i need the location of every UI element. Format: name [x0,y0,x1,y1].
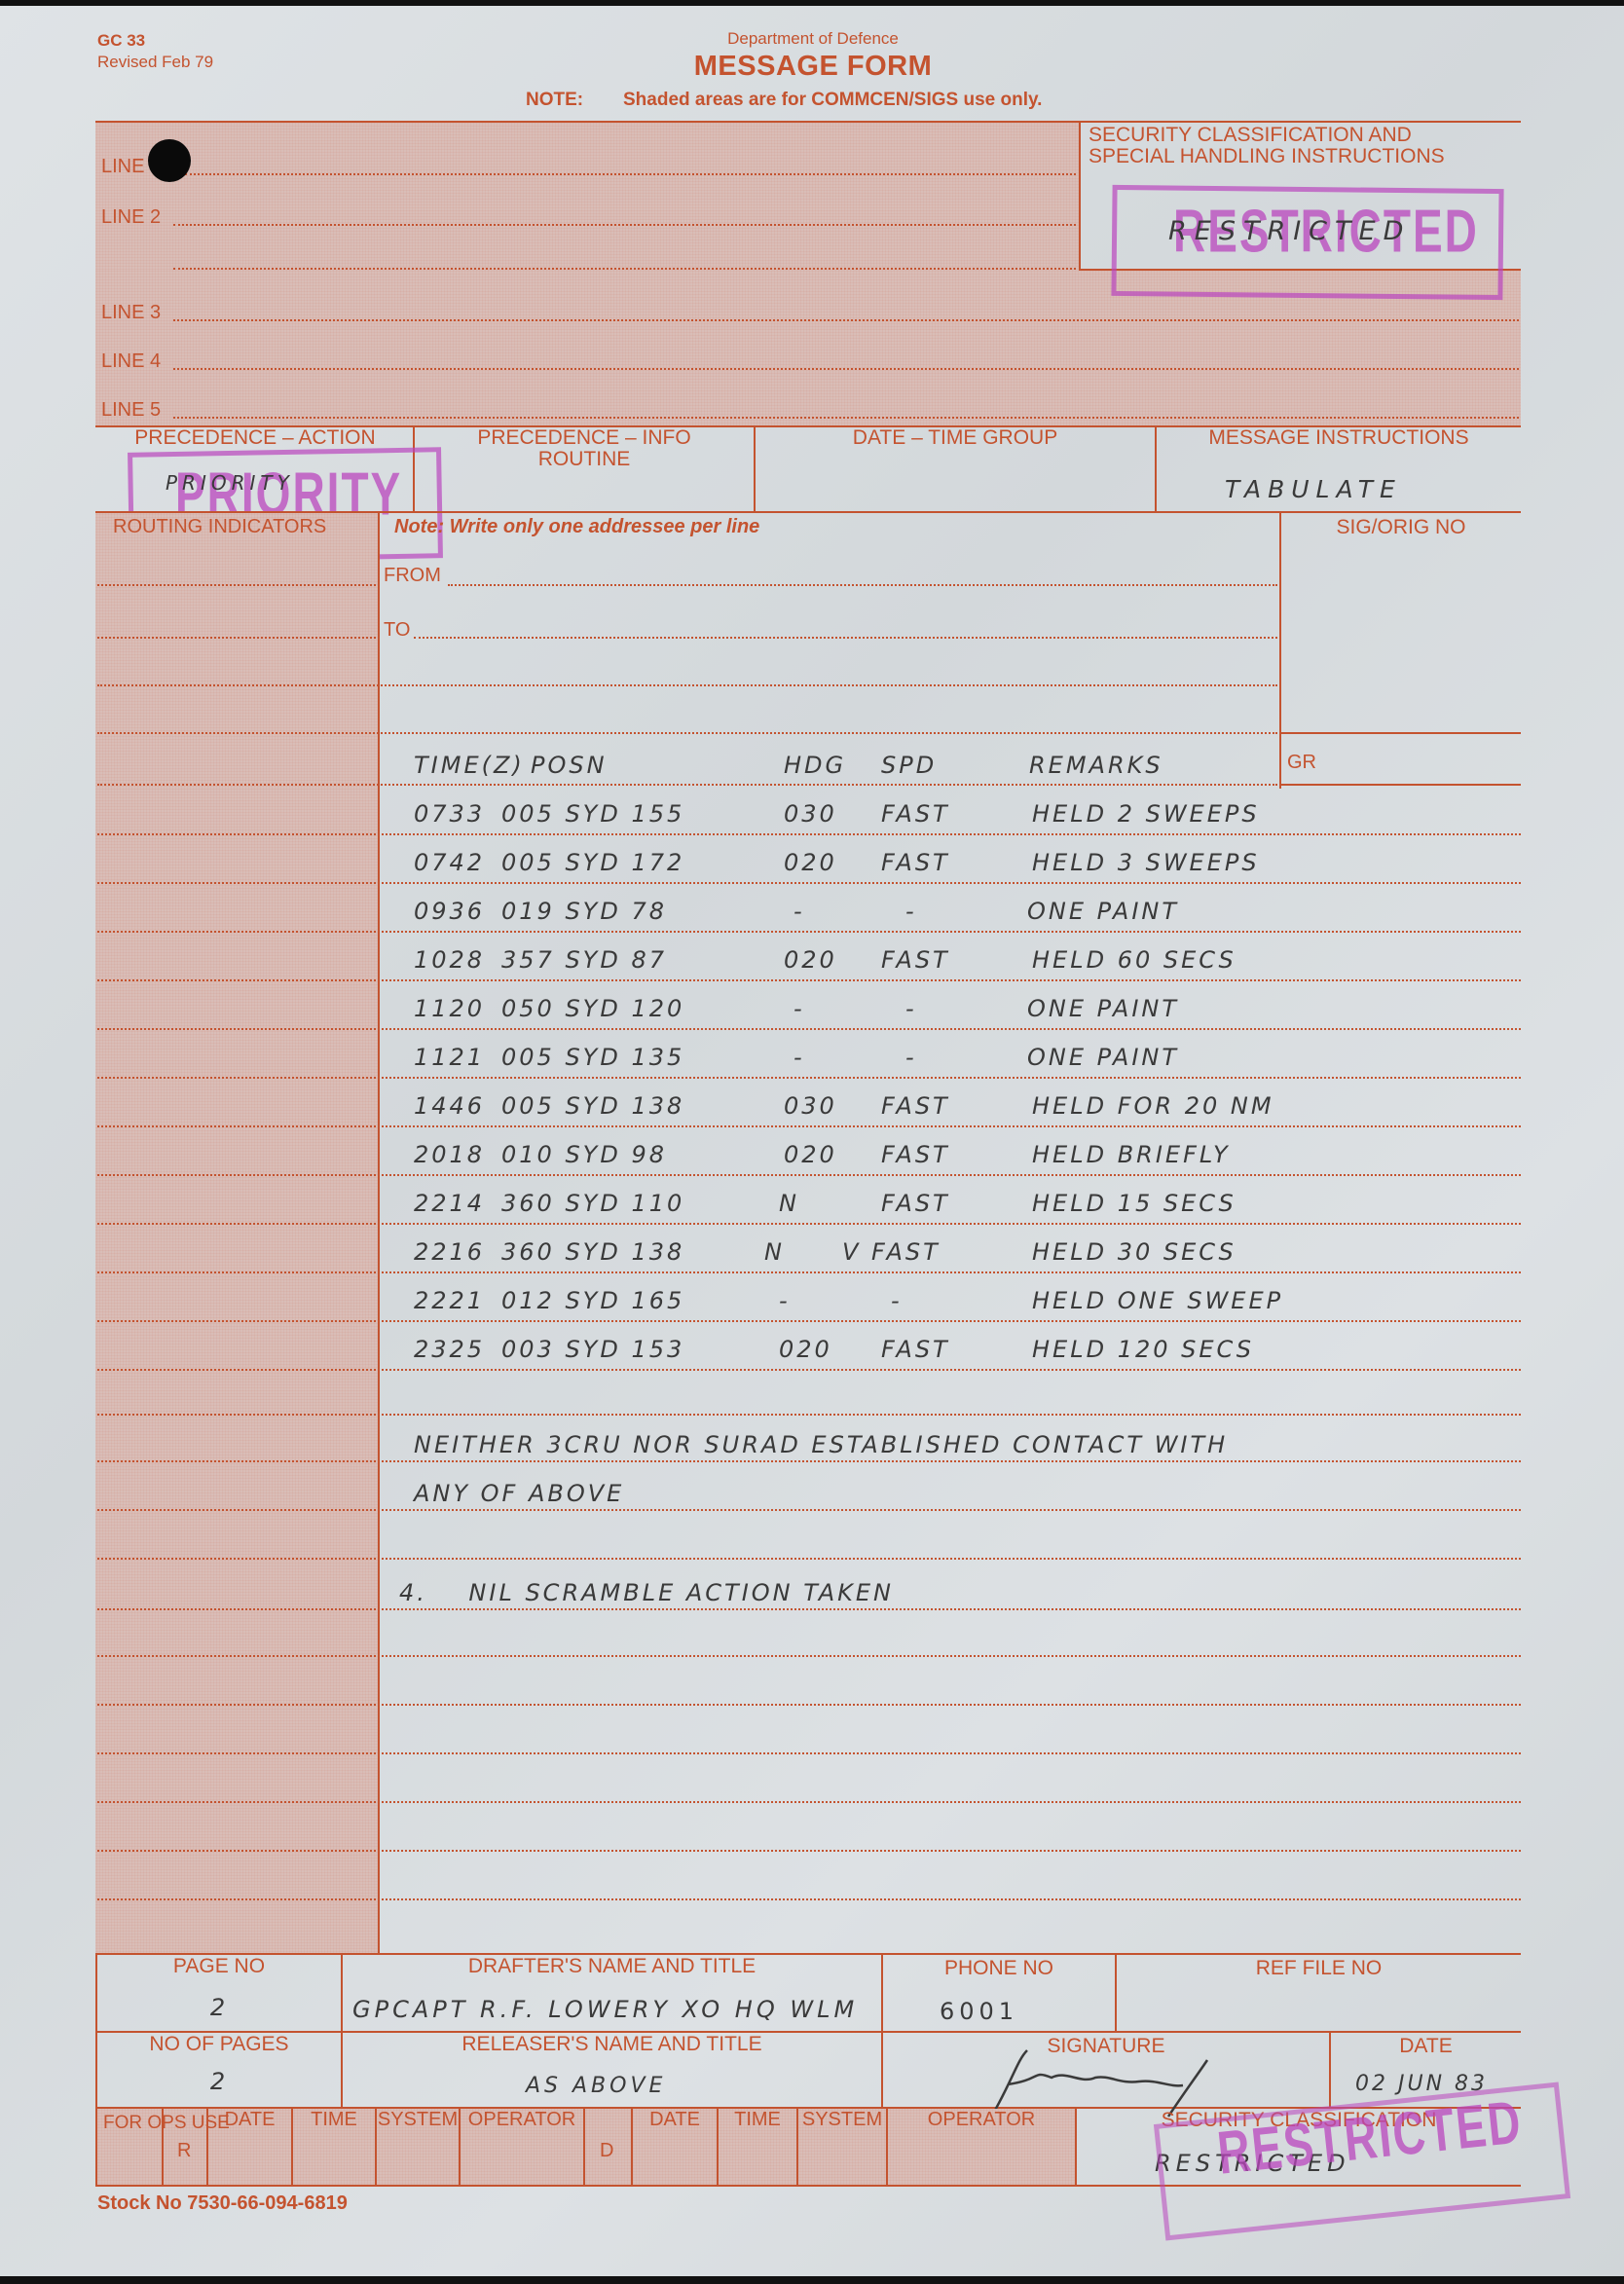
phone-no-value[interactable]: 6001 [940,1998,1018,2025]
from-label: FROM [384,565,441,587]
ops-d-system-label: SYSTEM [798,2109,886,2131]
to-label: TO [384,619,410,642]
to-field[interactable] [414,637,1277,639]
table-row: 1121 005 SYD 135 - - ONE PAINT [394,1044,1368,1083]
col-spd: SPD [881,752,937,779]
ref-file-no-field[interactable] [1117,1986,1521,2029]
col-remarks: REMARKS [1029,752,1163,779]
precedence-info-value: ROUTINE [415,448,754,471]
message-paragraph-line-2: ANY OF ABOVE [414,1480,624,1507]
table-row: 2325 003 SYD 153 020 FAST HELD 120 SECS [394,1336,1368,1375]
no-of-pages-label: NO OF PAGES [97,2033,341,2056]
ops-r-operator-label: OPERATOR [461,2109,583,2131]
security-label-2: SPECIAL HANDLING INSTRUCTIONS [1089,146,1445,167]
message-paragraph-line-1: NEITHER 3CRU NOR SURAD ESTABLISHED CONTA… [414,1431,1228,1458]
header-lines-shade-top [95,122,1079,270]
security-box-left-rule [1079,121,1081,271]
gr-left-rule [1279,732,1281,786]
header-top-rule [95,121,1521,123]
table-row: 2214 360 SYD 110 N FAST HELD 15 SECS [394,1190,1368,1229]
col-time: TIME(Z) [414,752,525,779]
addressee-note: Note: Write only one addressee per line [394,516,759,538]
line-3-label: LINE 3 [101,302,161,324]
ops-col-rule [583,2107,585,2185]
department-name: Department of Defence [604,29,1022,49]
date-label: DATE [1331,2035,1521,2058]
precedence-action-handwritten: PRIORITY [166,471,294,495]
ops-d-operator-label: OPERATOR [888,2109,1075,2131]
releaser-value[interactable]: AS ABOVE [526,2074,666,2098]
page-no-value[interactable]: 2 [97,1994,341,2021]
ops-r-label: R [177,2140,191,2162]
stock-number: Stock No 7530-66-094-6819 [97,2192,348,2215]
message-instructions-label: MESSAGE INSTRUCTIONS [1157,426,1521,450]
message-paragraph-4: 4. NIL SCRAMBLE ACTION TAKEN [399,1579,894,1606]
ops-d-label: D [600,2140,613,2162]
gr-bottom-rule [1281,784,1521,786]
security-label-1: SECURITY CLASSIFICATION AND [1089,125,1412,146]
ops-r-system-label: SYSTEM [377,2109,459,2131]
precedence-action-label: PRECEDENCE – ACTION [97,426,413,450]
from-field[interactable] [448,584,1277,586]
shaded-note-text: Shaded areas are for COMMCEN/SIGS use on… [623,90,1042,111]
precedence-info-label: PRECEDENCE – INFO [415,426,754,450]
form-code: GC 33 [97,31,145,51]
scan-edge-bottom [0,2276,1624,2284]
line-2-label: LINE 2 [101,206,161,229]
for-ops-use-label: FOR OPS USE [103,2113,162,2134]
table-row: 1028 357 SYD 87 020 FAST HELD 60 SECS [394,946,1368,985]
no-of-pages-value[interactable]: 2 [97,2068,341,2095]
line-2-field[interactable] [173,224,1076,226]
drafter-value[interactable]: GPCAPT R.F. LOWERY XO HQ WLM [352,1996,858,2023]
table-row: 1120 050 SYD 120 - - ONE PAINT [394,995,1368,1034]
ops-r-time-label: TIME [293,2109,375,2131]
routing-column-rule [378,511,380,1955]
table-row: 0742 005 SYD 172 020 FAST HELD 3 SWEEPS [394,849,1368,888]
ops-col-rule [162,2107,164,2185]
security-handwritten: RESTRICTED [1168,216,1411,246]
dtg-label: DATE – TIME GROUP [756,426,1155,450]
table-row: 2216 360 SYD 138 N V FAST HELD 30 SECS [394,1238,1368,1277]
sig-orig-label: SIG/ORIG NO [1281,516,1521,539]
scan-edge-top [0,0,1624,6]
releaser-label: RELEASER'S NAME AND TITLE [343,2033,881,2056]
line-2-continuation[interactable] [173,268,1076,270]
page-no-label: PAGE NO [97,1955,341,1978]
line-1-field[interactable] [185,173,1076,175]
ref-file-no-label: REF FILE NO [1117,1957,1521,1980]
dtg-field[interactable] [756,458,1155,506]
table-row: 0733 005 SYD 155 030 FAST HELD 2 SWEEPS [394,800,1368,839]
table-row: 1446 005 SYD 138 030 FAST HELD FOR 20 NM [394,1092,1368,1131]
form-revision: Revised Feb 79 [97,53,213,72]
line-4-label: LINE 4 [101,350,161,373]
gr-top-rule [1281,732,1521,734]
shaded-note-label: NOTE: [526,90,583,111]
message-instructions-value: TABULATE [1225,475,1402,503]
ops-r-date-label: DATE [208,2109,291,2131]
table-row: 2018 010 SYD 98 020 FAST HELD BRIEFLY [394,1141,1368,1180]
line-3-field[interactable] [173,319,1519,321]
routing-indicators-label: ROUTING INDICATORS [113,516,326,538]
message-table-body: 0733 005 SYD 155 030 FAST HELD 2 SWEEPS … [394,800,1368,1404]
line-5-field[interactable] [173,417,1519,419]
form-title: MESSAGE FORM [604,51,1022,83]
line-4-field[interactable] [173,368,1519,370]
ops-d-time-label: TIME [719,2109,796,2131]
drafter-label: DRAFTER'S NAME AND TITLE [343,1955,881,1978]
ops-d-date-label: DATE [633,2109,717,2131]
gr-label: GR [1287,752,1316,774]
signature-scrawl [974,2041,1285,2118]
table-row: 0936 019 SYD 78 - - ONE PAINT [394,898,1368,937]
table-row: 2221 012 SYD 165 - - HELD ONE SWEEP [394,1287,1368,1326]
line-5-label: LINE 5 [101,399,161,422]
phone-no-label: PHONE NO [883,1957,1115,1980]
col-hdg: HDG [784,752,846,779]
punch-hole [148,139,191,182]
col-posn: POSN [531,752,608,779]
message-form-page: GC 33 Revised Feb 79 Department of Defen… [0,0,1624,2284]
routing-indicators-shade [95,513,378,1954]
